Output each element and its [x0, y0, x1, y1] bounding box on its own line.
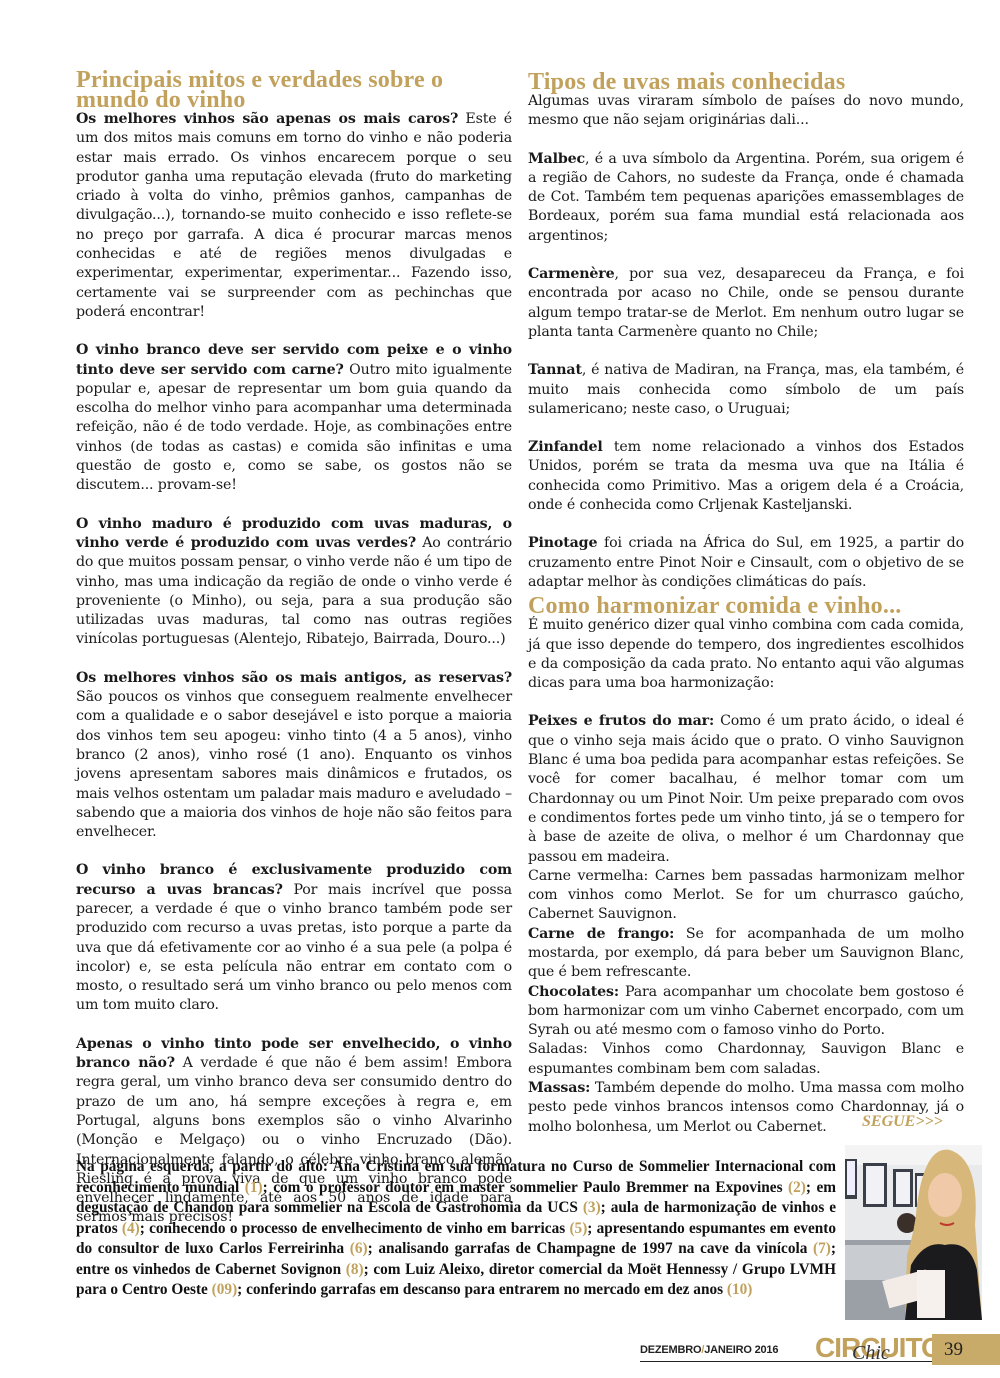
pairing-label: Chocolates:	[528, 984, 619, 1000]
grapes-intro: Algumas uvas viraram símbolo de países d…	[528, 92, 964, 131]
myths-list: Os melhores vinhos são apenas os mais ca…	[76, 110, 512, 1228]
caption-photo-number: (1)	[245, 1179, 263, 1196]
caption-text: ; conhecendo o processo de envelheciment…	[140, 1220, 570, 1237]
caption-photo-number: (5)	[569, 1220, 587, 1237]
caption-text: ; conferindo garrafas em descanso para e…	[237, 1281, 727, 1298]
grape-text: , é a uva símbolo da Argentina. Porém, s…	[528, 151, 964, 244]
magazine-logo-script: Chic	[852, 1342, 890, 1365]
myth-paragraph: Os melhores vinhos são os mais antigos, …	[76, 669, 512, 843]
page-footer: DEZEMBRO/JANEIRO 2016 CIRCUITO Chic 39	[640, 1336, 1000, 1366]
caption-photo-number: (8)	[346, 1261, 364, 1278]
grape-name: Malbec	[528, 151, 585, 167]
grape-name: Tannat	[528, 362, 582, 378]
myth-answer: Por mais incrível que possa parecer, a v…	[76, 882, 512, 1014]
myth-question: Os melhores vinhos são apenas os mais ca…	[76, 111, 458, 127]
page-number: 39	[932, 1334, 1000, 1365]
pairing-text: Como é um prato ácido, o ideal é que o v…	[528, 713, 964, 864]
myth-answer: Este é um dos mitos mais comuns em torno…	[76, 111, 512, 320]
pairing-title: Como harmonizar comida e vinho...	[528, 594, 964, 618]
grape-name: Zinfandel	[528, 439, 603, 455]
pairing-label: Peixes e frutos do mar:	[528, 713, 714, 729]
grape-name: Pinotage	[528, 535, 597, 551]
myths-title: Principais mitos e verdades sobre o mund…	[76, 70, 512, 110]
continue-link[interactable]: SEGUE>>>	[862, 1113, 943, 1131]
pairing-text: Vinhos como Chardonnay, Sauvigon Blanc e…	[528, 1041, 964, 1076]
grapes-column: Tipos de uvas mais conhecidas Algumas uv…	[528, 70, 964, 1137]
issue-date: DEZEMBRO/JANEIRO 2016	[640, 1344, 778, 1356]
pairing-label: Carne vermelha:	[528, 868, 648, 884]
caption-photo-number: (4)	[122, 1220, 140, 1237]
grape-paragraph: Carmenère, por sua vez, desapareceu da F…	[528, 265, 964, 342]
caption-text: ; analisando garrafas de Champagne de 19…	[368, 1240, 813, 1257]
myth-paragraph: O vinho branco é exclusivamente produzid…	[76, 861, 512, 1015]
pairing-paragraph: Carne de frango: Se for acompanhada de u…	[528, 925, 964, 983]
grapes-list: Malbec, é a uva símbolo da Argentina. Po…	[528, 150, 964, 593]
woman-photo-icon	[845, 1145, 982, 1320]
myth-paragraph: O vinho branco deve ser servido com peix…	[76, 341, 512, 495]
photo-caption: Na página esquerda, a partir do alto: An…	[76, 1157, 836, 1301]
caption-text: ; com o professor doutor em master somme…	[263, 1179, 788, 1196]
caption-photo-number: (09)	[212, 1281, 238, 1298]
pairing-paragraph: Saladas: Vinhos como Chardonnay, Sauvigo…	[528, 1040, 964, 1079]
grape-paragraph: Pinotage foi criada na África do Sul, em…	[528, 534, 964, 592]
pairing-label: Saladas:	[528, 1041, 588, 1057]
caption-photo-number: (6)	[350, 1240, 368, 1257]
grape-paragraph: Zinfandel tem nome relacionado a vinhos …	[528, 438, 964, 515]
pairing-paragraph: Peixes e frutos do mar: Como é um prato …	[528, 712, 964, 866]
myth-paragraph: O vinho maduro é produzido com uvas madu…	[76, 515, 512, 650]
caption-photo-number: (3)	[583, 1199, 601, 1216]
pairing-intro: É muito genérico dizer qual vinho combin…	[528, 616, 964, 693]
myths-column: Principais mitos e verdades sobre o mund…	[76, 70, 512, 1228]
caption-photo-number: (2)	[788, 1179, 806, 1196]
grape-paragraph: Tannat, é nativa de Madiran, na França, …	[528, 361, 964, 419]
pairing-label: Massas:	[528, 1080, 590, 1096]
pairing-paragraph: Chocolates: Para acompanhar um chocolate…	[528, 983, 964, 1041]
caption-photo-number: (7)	[813, 1240, 831, 1257]
portrait-photo	[845, 1145, 982, 1320]
myth-question: Os melhores vinhos são os mais antigos, …	[76, 670, 512, 686]
grape-paragraph: Malbec, é a uva símbolo da Argentina. Po…	[528, 150, 964, 246]
myth-answer: Ao contrário do que muitos possam pensar…	[76, 535, 512, 647]
grape-name: Carmenère	[528, 266, 615, 282]
pairing-list: Peixes e frutos do mar: Como é um prato …	[528, 712, 964, 1137]
myth-paragraph: Os melhores vinhos são apenas os mais ca…	[76, 110, 512, 322]
caption-photo-number: (10)	[727, 1281, 753, 1298]
pairing-paragraph: Carne vermelha: Carnes bem passadas harm…	[528, 867, 964, 925]
grape-text: , é nativa de Madiran, na França, mas, e…	[528, 362, 964, 417]
pairing-label: Carne de frango:	[528, 926, 674, 942]
myth-answer: Outro mito igualmente popular e, apesar …	[76, 362, 512, 494]
grapes-title: Tipos de uvas mais conhecidas	[528, 70, 964, 94]
myth-answer: São poucos os vinhos que conseguem realm…	[76, 689, 512, 840]
